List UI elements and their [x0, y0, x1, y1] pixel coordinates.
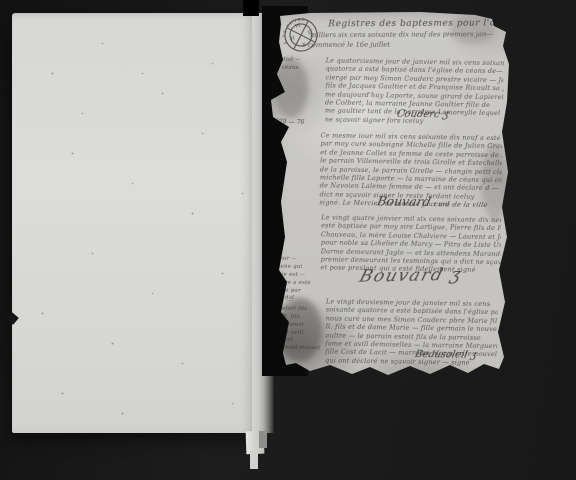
signature-beausoleil: Beausoleil ʒ	[414, 349, 478, 361]
binding-gap	[243, 0, 259, 16]
signature-couderc: Couderc ʒ	[396, 109, 450, 121]
page-edge-strip	[250, 451, 258, 469]
register-subtitle: milliers six cens soixante dix neuf des …	[310, 30, 493, 39]
left-blank-page	[12, 13, 256, 433]
signature-bouvard: Bouvard curé de la ville	[376, 193, 490, 210]
register-title: Registres des baptesmes pour l'an	[328, 18, 502, 29]
paper-speckles	[12, 13, 13, 14]
page-edge-strip	[259, 431, 267, 448]
archival-scan: A·DE·TOVRS M E E H Registres des baptesm…	[0, 0, 576, 480]
handwriting-layer: Registres des baptesmes pour l'an millie…	[265, 12, 519, 388]
signature-bouvard-large: Bouvard ʒ	[357, 265, 464, 287]
signature-title: curé de la ville	[433, 200, 488, 209]
register-subtitle-2: commencé le 16e juillet	[308, 41, 390, 49]
manuscript-page: A·DE·TOVRS M E E H Registres des baptesm…	[270, 12, 518, 384]
page-edge-nick	[6, 312, 19, 325]
signature-name: Bouvard	[376, 193, 433, 209]
